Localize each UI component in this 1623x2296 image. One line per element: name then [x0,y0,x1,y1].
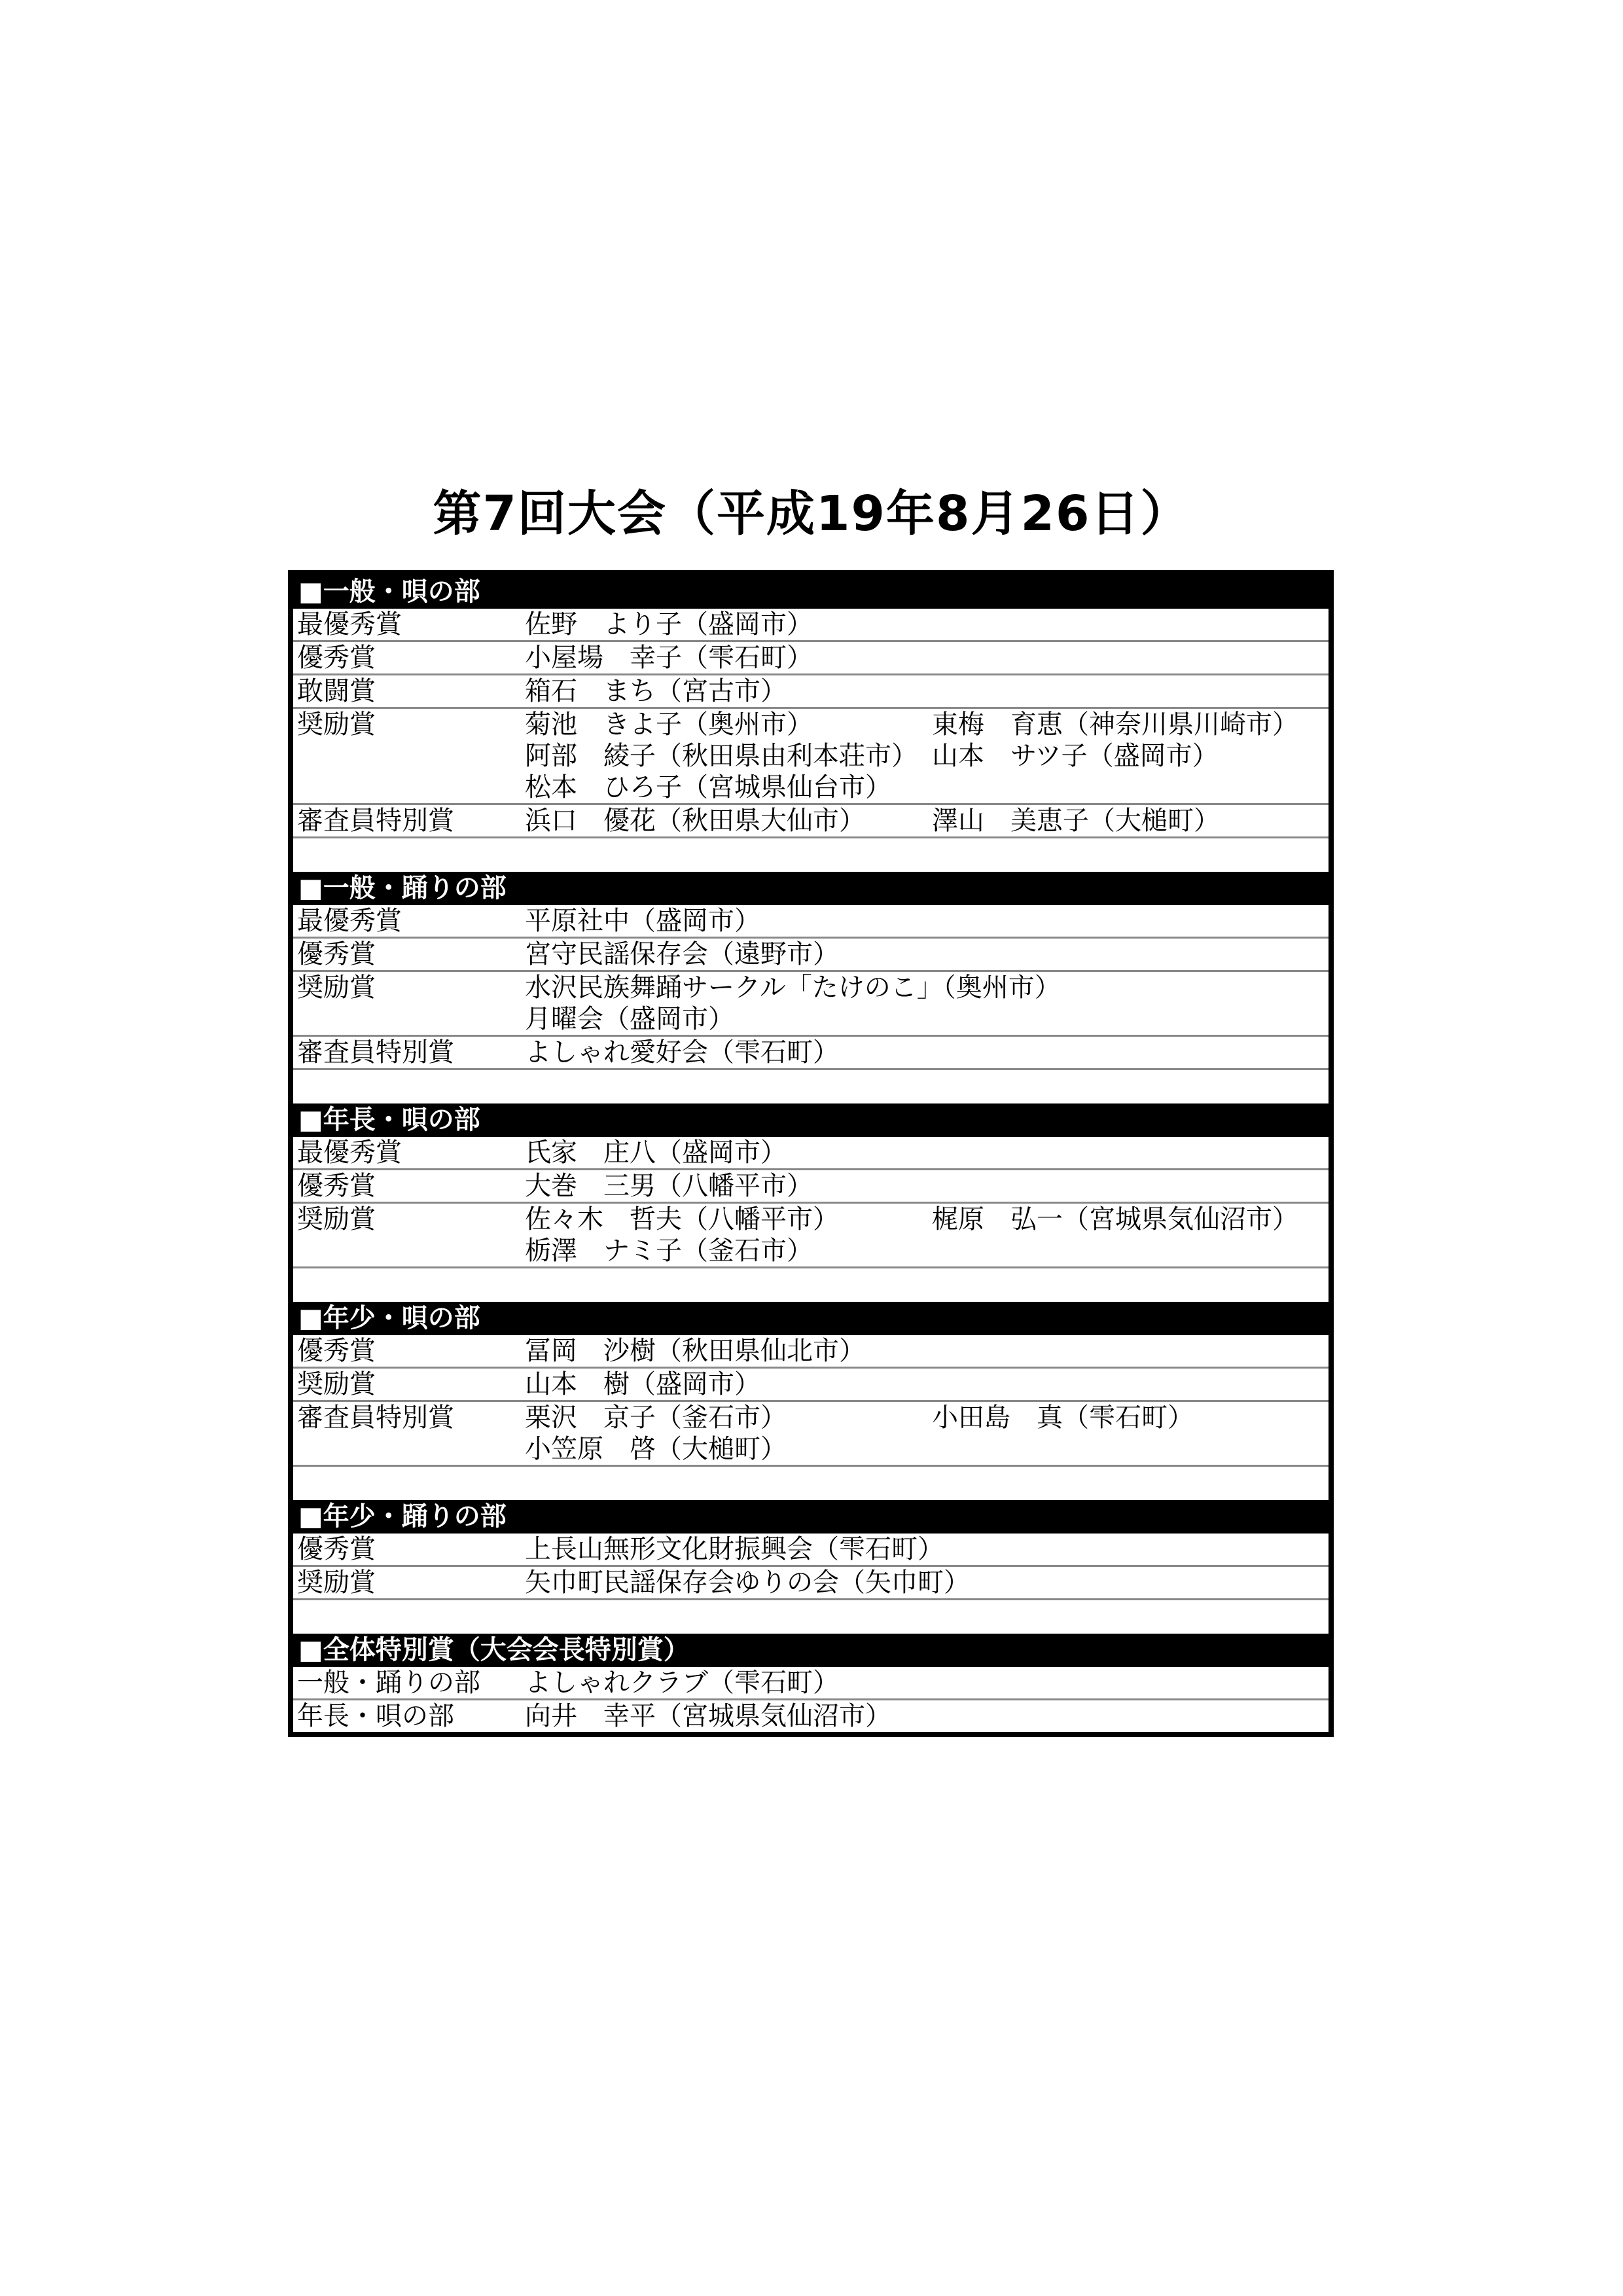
award-category: 最優秀賞 [293,1137,525,1168]
winner: 平原社中（盛岡市） [525,905,1329,937]
award-category: 審査員特別賞 [293,1037,525,1068]
winner: 松本 ひろ子（宮城県仙台市） [525,772,1329,803]
spacer-row [293,838,1329,872]
winner: 矢巾町民謡保存会ゆりの会（矢巾町） [525,1567,1329,1598]
winner: 宮守民謡保存会（遠野市） [525,939,1329,970]
award-category: 奨励賞 [293,1204,525,1266]
award-row: 奨励賞 山本 樹（盛岡市） [293,1369,1329,1402]
winner: 向井 幸平（宮城県気仙沼市） [525,1700,1329,1732]
winner: 上長山無形文化財振興会（雫石町） [525,1534,1329,1565]
winner: 阿部 綾子（秋田県由利本荘市） [525,740,932,772]
award-category: 最優秀賞 [293,609,525,640]
award-row: 一般・踊りの部 よしゃれクラブ（雫石町） [293,1667,1329,1700]
award-row: 奨励賞 佐々木 哲夫（八幡平市） 梶原 弘一（宮城県気仙沼市） 栃澤 ナミ子（釜… [293,1204,1329,1268]
section-heading: ■一般・踊りの部 [293,872,1329,905]
winner: 水沢民族舞踊サークル「たけのこ」（奥州市） [525,972,1329,1003]
page-title: 第7回大会（平成19年8月26日） [0,481,1623,547]
spacer-row [293,1467,1329,1500]
winner: 箱石 まち（宮古市） [525,675,1329,707]
award-category: 年長・唄の部 [293,1700,525,1732]
award-row: 審査員特別賞 栗沢 京子（釜石市） 小田島 真（雫石町） 小笠原 啓（大槌町） [293,1402,1329,1467]
winner: 菊池 きよ子（奥州市） [525,709,932,740]
winner: 氏家 庄八（盛岡市） [525,1137,1329,1168]
section-heading: ■全体特別賞（大会会長特別賞） [293,1634,1329,1667]
award-row: 優秀賞 大巻 三男（八幡平市） [293,1170,1329,1204]
award-category: 奨励賞 [293,972,525,1035]
award-row: 奨励賞 水沢民族舞踊サークル「たけのこ」（奥州市） 月曜会（盛岡市） [293,972,1329,1037]
winner: 冨岡 沙樹（秋田県仙北市） [525,1335,1329,1367]
award-row: 審査員特別賞 浜口 優花（秋田県大仙市） 澤山 美恵子（大槌町） [293,805,1329,838]
award-row: 奨励賞 矢巾町民謡保存会ゆりの会（矢巾町） [293,1567,1329,1600]
winner: 澤山 美恵子（大槌町） [932,805,1329,836]
spacer-row [293,1600,1329,1634]
spacer-row [293,1268,1329,1302]
award-row: 奨励賞 菊池 きよ子（奥州市） 東梅 育恵（神奈川県川崎市） 阿部 綾子（秋田県… [293,709,1329,805]
award-category: 優秀賞 [293,1170,525,1202]
award-row: 最優秀賞 佐野 より子（盛岡市） [293,609,1329,642]
award-row: 敢闘賞 箱石 まち（宮古市） [293,675,1329,709]
winner: 栗沢 京子（釜石市） [525,1402,932,1433]
winner: 月曜会（盛岡市） [525,1003,1329,1035]
award-category: 奨励賞 [293,1567,525,1598]
spacer-row [293,1070,1329,1103]
award-category: 敢闘賞 [293,675,525,707]
winner: 小屋場 幸子（雫石町） [525,642,1329,673]
winner: 東梅 育恵（神奈川県川崎市） [932,709,1329,740]
award-row: 最優秀賞 平原社中（盛岡市） [293,905,1329,939]
winner: 佐野 より子（盛岡市） [525,609,1329,640]
award-category: 優秀賞 [293,1335,525,1367]
award-category: 優秀賞 [293,1534,525,1565]
award-row: 優秀賞 小屋場 幸子（雫石町） [293,642,1329,675]
winner: よしゃれクラブ（雫石町） [525,1667,1329,1698]
award-category: 審査員特別賞 [293,805,525,836]
award-row: 優秀賞 宮守民謡保存会（遠野市） [293,939,1329,972]
award-category: 奨励賞 [293,1369,525,1400]
award-row: 審査員特別賞 よしゃれ愛好会（雫石町） [293,1037,1329,1070]
section-heading: ■年少・唄の部 [293,1302,1329,1335]
section-heading: ■一般・唄の部 [293,575,1329,609]
awards-table: ■一般・唄の部 最優秀賞 佐野 より子（盛岡市） 優秀賞 小屋場 幸子（雫石町）… [288,570,1334,1737]
award-category: 優秀賞 [293,939,525,970]
award-category: 最優秀賞 [293,905,525,937]
winner: 浜口 優花（秋田県大仙市） [525,805,932,836]
winner: 大巻 三男（八幡平市） [525,1170,1329,1202]
award-category: 一般・踊りの部 [293,1667,525,1698]
winner: よしゃれ愛好会（雫石町） [525,1037,1329,1068]
winner: 山本 樹（盛岡市） [525,1369,1329,1400]
award-category: 審査員特別賞 [293,1402,525,1465]
winner: 山本 サツ子（盛岡市） [932,740,1329,772]
section-heading: ■年長・唄の部 [293,1103,1329,1137]
winner: 栃澤 ナミ子（釜石市） [525,1235,1329,1266]
winner: 小田島 真（雫石町） [932,1402,1329,1433]
winner: 佐々木 哲夫（八幡平市） [525,1204,932,1235]
award-category: 優秀賞 [293,642,525,673]
award-category: 奨励賞 [293,709,525,803]
section-heading: ■年少・踊りの部 [293,1500,1329,1534]
winner: 小笠原 啓（大槌町） [525,1433,1329,1465]
award-row: 優秀賞 冨岡 沙樹（秋田県仙北市） [293,1335,1329,1369]
award-row: 年長・唄の部 向井 幸平（宮城県気仙沼市） [293,1700,1329,1732]
award-row: 最優秀賞 氏家 庄八（盛岡市） [293,1137,1329,1170]
award-row: 優秀賞 上長山無形文化財振興会（雫石町） [293,1534,1329,1567]
winner: 梶原 弘一（宮城県気仙沼市） [932,1204,1329,1235]
